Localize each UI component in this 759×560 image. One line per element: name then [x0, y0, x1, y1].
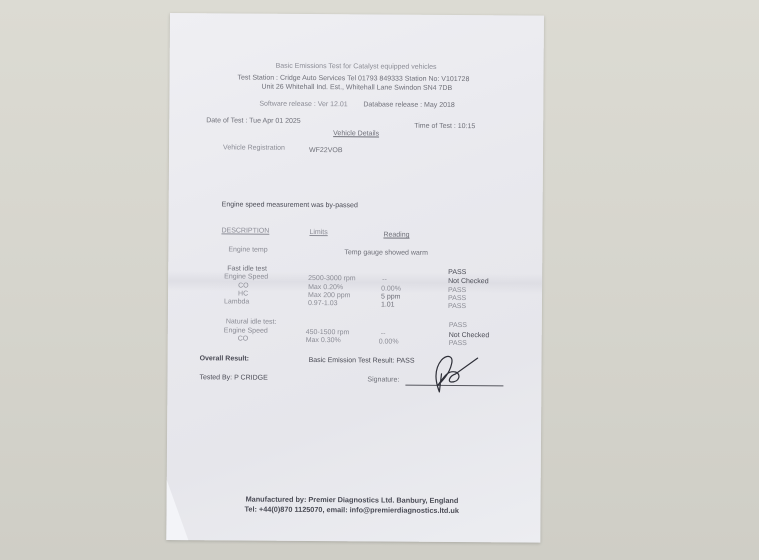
test-station-line: Test Station : Cridge Auto Services Tel …	[238, 74, 470, 83]
time-of-test: Time of Test : 10:15	[414, 123, 475, 130]
vehicle-registration-label: Vehicle Registration	[223, 144, 285, 151]
folded-corner	[166, 480, 188, 540]
software-release: Software release : Ver 12.01	[259, 101, 347, 109]
bypass-note: Engine speed measurement was by-passed	[222, 201, 358, 209]
overall-result-label: Overall Result:	[200, 355, 249, 362]
tested-by: Tested By: P CRIDGE	[199, 374, 267, 381]
footer-contact: Tel: +44(0)870 1125070, email: info@prem…	[245, 505, 459, 515]
vehicle-registration-value: WF22VOB	[309, 147, 343, 154]
column-reading: Reading	[383, 231, 409, 238]
table-row: CO Max 0.30% 0.00% PASS	[170, 13, 544, 16]
emissions-test-printout: Basic Emissions Test for Catalyst equipp…	[166, 13, 544, 543]
column-limits: Limits	[309, 229, 327, 236]
table-row: Engine Speed 450-1500 rpm -- Not Checked	[170, 13, 544, 16]
document-title: Basic Emissions Test for Catalyst equipp…	[276, 63, 437, 71]
natural-idle-result: PASS	[449, 322, 467, 329]
fast-idle-result: PASS	[448, 269, 466, 276]
overall-result-value: Basic Emission Test Result: PASS	[309, 357, 415, 365]
table-row: Lambda 0.97-1.03 1.01 PASS	[170, 13, 544, 16]
database-release: Database release : May 2018	[363, 101, 454, 109]
signature-scribble	[425, 352, 479, 396]
table-row: CO Max 0.20% 0.00% PASS	[170, 13, 544, 16]
natural-idle-section: Natural idle test: PASS Engine Speed 450…	[170, 13, 544, 16]
date-of-test: Date of Test : Tue Apr 01 2025	[206, 117, 300, 125]
column-description: DESCRIPTION	[221, 227, 269, 234]
engine-temp-label: Engine temp	[228, 246, 267, 253]
fast-idle-section: Fast idle test PASS Engine Speed 2500-30…	[170, 13, 544, 16]
vehicle-details-heading: Vehicle Details	[333, 130, 379, 137]
table-row: HC Max 200 ppm 5 ppm PASS	[170, 13, 544, 16]
table-row: Engine Speed 2500-3000 rpm -- Not Checke…	[170, 13, 544, 16]
footer-manufacturer: Manufactured by: Premier Diagnostics Ltd…	[246, 495, 459, 505]
signature-label: Signature:	[367, 376, 399, 383]
fast-idle-heading: Fast idle test	[227, 265, 267, 272]
engine-temp-reading: Temp gauge showed warm	[344, 249, 428, 257]
station-address: Unit 26 Whitehall Ind. Est., Whitehall L…	[261, 84, 452, 92]
natural-idle-heading: Natural idle test:	[226, 318, 277, 325]
